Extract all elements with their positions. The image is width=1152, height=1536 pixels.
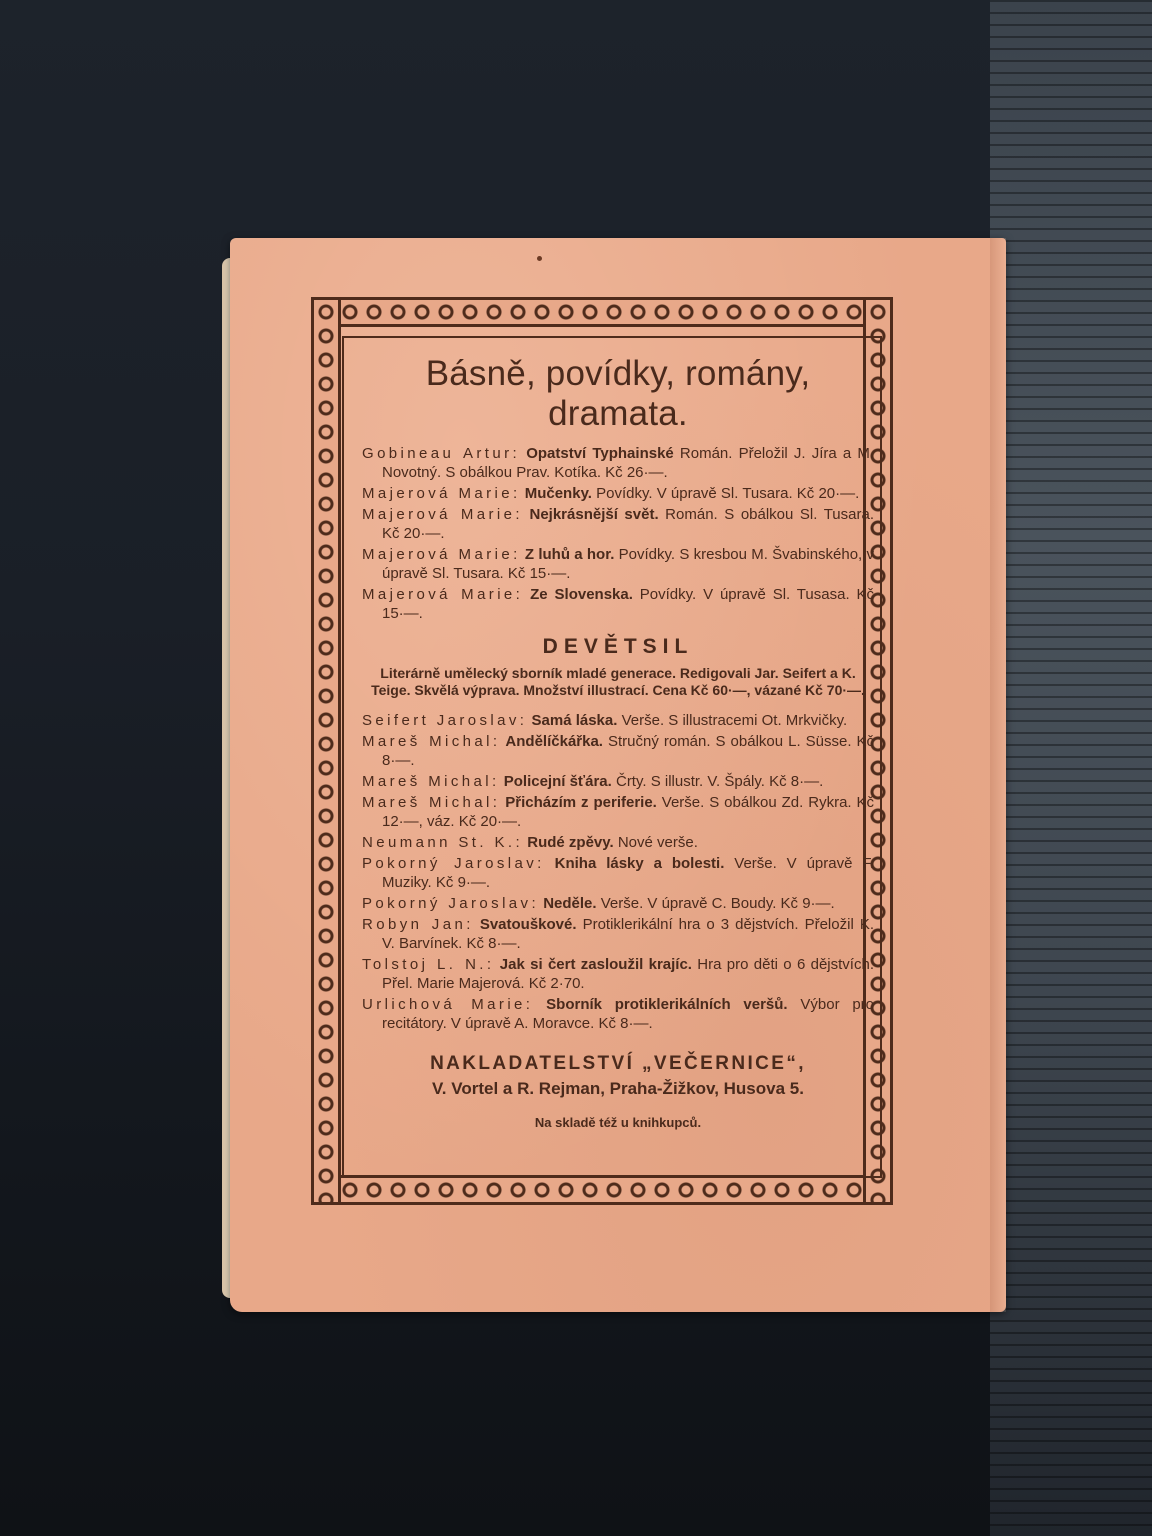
entry-work: Kniha lásky a bolesti. bbox=[555, 855, 725, 872]
catalog-entry: Majerová Marie: Nejkrásnější svět. Román… bbox=[362, 505, 874, 543]
entry-author: Robyn Jan: bbox=[362, 916, 474, 933]
ornament-bottom bbox=[311, 1175, 893, 1205]
catalog-entry: Seifert Jaroslav: Samá láska. Verše. S i… bbox=[362, 711, 874, 730]
entry-work: Z luhů a hor. bbox=[525, 546, 614, 563]
entry-work: Nejkrásnější svět. bbox=[529, 506, 658, 523]
entry-author: Pokorný Jaroslav: bbox=[362, 855, 545, 872]
entry-work: Svatouškové. bbox=[480, 916, 577, 933]
entry-list-1: Gobineau Artur: Opatství Typhainské Romá… bbox=[362, 444, 874, 623]
catalog-entry: Majerová Marie: Ze Slovenska. Povídky. V… bbox=[362, 585, 874, 623]
ornament-left bbox=[311, 297, 341, 1205]
catalog-entry: Urlichová Marie: Sborník protiklerikální… bbox=[362, 995, 874, 1033]
entry-author: Tolstoj L. N.: bbox=[362, 956, 494, 973]
entry-work: Andělíčkářka. bbox=[505, 733, 603, 750]
entry-work: Mučenky. bbox=[525, 485, 592, 502]
entry-work: Přicházím z periferie. bbox=[505, 794, 657, 811]
entry-author: Neumann St. K.: bbox=[362, 834, 523, 851]
catalog-entry: Mareš Michal: Andělíčkářka. Stručný romá… bbox=[362, 732, 874, 770]
background-fabric bbox=[990, 0, 1152, 1536]
entry-author: Majerová Marie: bbox=[362, 586, 523, 603]
entry-author: Majerová Marie: bbox=[362, 506, 523, 523]
entry-work: Policejní šťára. bbox=[504, 773, 612, 790]
catalog-entry: Robyn Jan: Svatouškové. Protiklerikální … bbox=[362, 915, 874, 953]
catalog-entry: Neumann St. K.: Rudé zpěvy. Nové verše. bbox=[362, 833, 874, 852]
entry-details: Verše. V úpravě C. Boudy. Kč 9·—. bbox=[597, 895, 835, 912]
catalog-title: Básně, povídky, romány, dramata. bbox=[362, 354, 874, 434]
cover-fold bbox=[990, 238, 1006, 1312]
entry-author: Seifert Jaroslav: bbox=[362, 712, 527, 729]
entry-details: Črty. S illustr. V. Špály. Kč 8·—. bbox=[612, 773, 823, 790]
entry-details: Verše. S illustracemi Ot. Mrkvičky. bbox=[617, 712, 847, 729]
entry-author: Mareš Michal: bbox=[362, 794, 500, 811]
entry-author: Mareš Michal: bbox=[362, 733, 500, 750]
ink-speck bbox=[537, 256, 542, 261]
entry-author: Pokorný Jaroslav: bbox=[362, 895, 539, 912]
entry-author: Majerová Marie: bbox=[362, 485, 521, 502]
catalog-entry: Majerová Marie: Mučenky. Povídky. V úpra… bbox=[362, 484, 874, 503]
catalog-entry: Majerová Marie: Z luhů a hor. Povídky. S… bbox=[362, 545, 874, 583]
entry-work: Sborník protiklerikálních veršů. bbox=[546, 996, 787, 1013]
catalog-entry: Pokorný Jaroslav: Neděle. Verše. V úprav… bbox=[362, 894, 874, 913]
catalog-entry: Pokorný Jaroslav: Kniha lásky a bolesti.… bbox=[362, 854, 874, 892]
entry-work: Opatství Typhainské bbox=[526, 445, 674, 462]
entry-details: Nové verše. bbox=[614, 834, 698, 851]
entry-work: Samá láska. bbox=[532, 712, 618, 729]
catalog-entry: Mareš Michal: Přicházím z periferie. Ver… bbox=[362, 793, 874, 831]
entry-details: Povídky. V úpravě Sl. Tusara. Kč 20·—. bbox=[592, 485, 859, 502]
entry-author: Majerová Marie: bbox=[362, 546, 521, 563]
catalog-entry: Gobineau Artur: Opatství Typhainské Romá… bbox=[362, 444, 874, 482]
section-heading: DEVĚTSIL bbox=[362, 635, 874, 659]
catalog-entry: Mareš Michal: Policejní šťára. Črty. S i… bbox=[362, 772, 874, 791]
entry-list-2: Seifert Jaroslav: Samá láska. Verše. S i… bbox=[362, 711, 874, 1033]
section-description: Literárně umělecký sborník mladé generac… bbox=[362, 665, 874, 699]
publisher-address: V. Vortel a R. Rejman, Praha-Žižkov, Hus… bbox=[362, 1079, 874, 1099]
catalog-entry: Tolstoj L. N.: Jak si čert zasloužil kra… bbox=[362, 955, 874, 993]
publisher-name: NAKLADATELSTVÍ „VEČERNICE“, bbox=[362, 1053, 874, 1075]
entry-author: Mareš Michal: bbox=[362, 773, 500, 790]
catalog-content: Básně, povídky, romány, dramata. Gobinea… bbox=[362, 350, 874, 1130]
entry-work: Rudé zpěvy. bbox=[527, 834, 613, 851]
entry-author: Gobineau Artur: bbox=[362, 445, 520, 462]
entry-work: Ze Slovenska. bbox=[530, 586, 633, 603]
ornament-top bbox=[311, 297, 893, 327]
entry-work: Neděle. bbox=[543, 895, 596, 912]
availability-note: Na skladě též u knihkupců. bbox=[362, 1115, 874, 1130]
entry-work: Jak si čert zasloužil krajíc. bbox=[500, 956, 692, 973]
entry-author: Urlichová Marie: bbox=[362, 996, 533, 1013]
